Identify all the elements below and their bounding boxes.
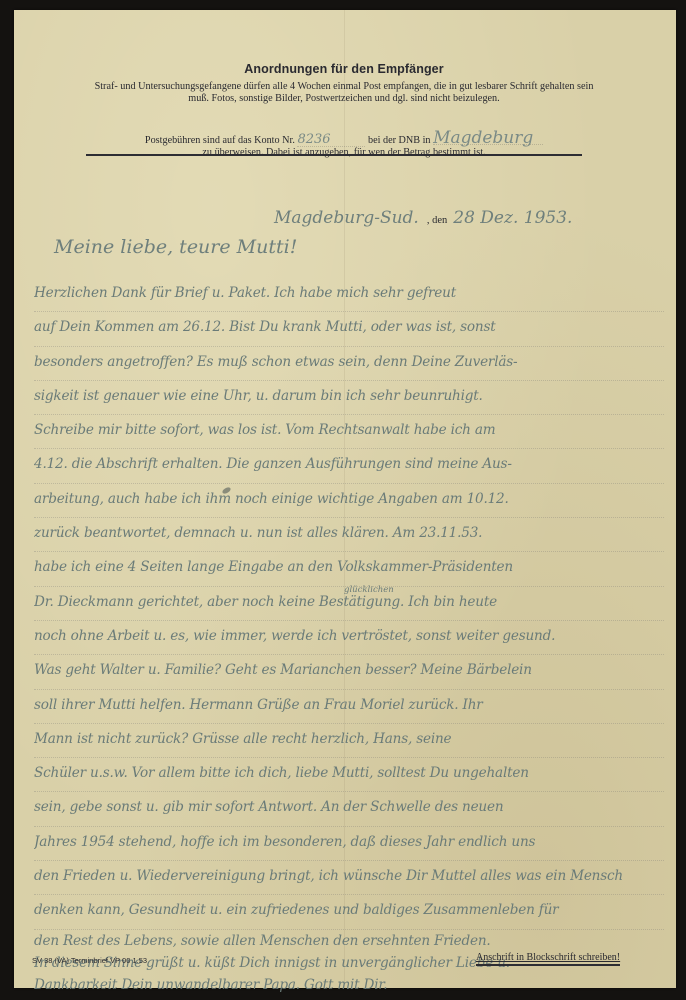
header-divider (86, 154, 582, 156)
postage-middle: bei der DNB in (368, 135, 431, 146)
letter-line: besonders angetroffen? Es muß schon etwa… (34, 347, 664, 381)
letter-line: Schreibe mir bitte sofort, was los ist. … (34, 415, 664, 449)
letter-line: noch ohne Arbeit u. es, wie immer, werde… (34, 621, 664, 655)
letter-line: Jahres 1954 stehend, hoffe ich im besond… (34, 827, 664, 861)
letter-date: 28 Dez. 1953. (453, 208, 572, 228)
letter-line: den Frieden u. Wiedervereinigung bringt,… (34, 861, 664, 895)
postage-prefix: Postgebühren sind auf das Konto Nr. (145, 135, 295, 146)
address-note: Anschrift in Blockschrift schreiben! (476, 952, 620, 966)
postage-suffix: zu überweisen. Dabei ist anzugeben, für … (202, 147, 485, 158)
letter-line: auf Dein Kommen am 26.12. Bist Du krank … (34, 312, 664, 346)
letter-line: Schüler u.s.w. Vor allem bitte ich dich,… (34, 758, 664, 792)
letter-place: Magdeburg-Sud. (274, 208, 419, 228)
letter-line: sein, gebe sonst u. gib mir sofort Antwo… (34, 792, 664, 826)
letter-line: Dr. Dieckmann gerichtet, aber noch keine… (34, 587, 664, 621)
letter-line: Herzlichen Dank für Brief u. Paket. Ich … (34, 278, 664, 312)
letter-line: Mann ist nicht zurück? Grüsse alle recht… (34, 724, 664, 758)
letter-line: 4.12. die Abschrift erhalten. Die ganzen… (34, 449, 664, 483)
form-title: Anordnungen für den Empfänger (84, 62, 604, 76)
letter-line: zurück beantwortet, demnach u. nun ist a… (34, 518, 664, 552)
date-label: , den (427, 215, 447, 226)
form-id: SV 38 (VA) Terminbrief VP 00 1.53 (32, 956, 147, 965)
letter-sheet: Anordnungen für den Empfänger Straf- und… (14, 10, 676, 988)
letter-line: den Rest des Lebens, sowie allen Mensche… (34, 930, 664, 952)
bank-city: Magdeburg (433, 132, 543, 145)
place-date-line: Magdeburg-Sud. , den 28 Dez. 1953. (274, 208, 674, 228)
letter-line: Was geht Walter u. Familie? Geht es Mari… (34, 655, 664, 689)
letter-line: soll ihrer Mutti helfen. Hermann Grüße a… (34, 690, 664, 724)
form-header: Anordnungen für den Empfänger Straf- und… (84, 62, 604, 104)
letter-signature-line: Dankbarkeit Dein unwandelbarer Papa. Got… (34, 974, 664, 996)
letter-line: sigkeit ist genauer wie eine Uhr, u. dar… (34, 381, 664, 415)
letter-line: denken kann, Gesundheit u. ein zufrieden… (34, 895, 664, 929)
salutation: Meine liebe, teure Mutti! (54, 236, 297, 258)
form-instructions: Straf- und Untersuchungsgefangene dürfen… (84, 81, 604, 104)
account-number: 8236 (297, 134, 365, 147)
letter-line: habe ich eine 4 Seiten lange Eingabe an … (34, 552, 664, 586)
letter-body: Herzlichen Dank für Brief u. Paket. Ich … (34, 278, 664, 996)
letter-line: arbeitung, auch habe ich ihm noch einige… (34, 484, 664, 518)
